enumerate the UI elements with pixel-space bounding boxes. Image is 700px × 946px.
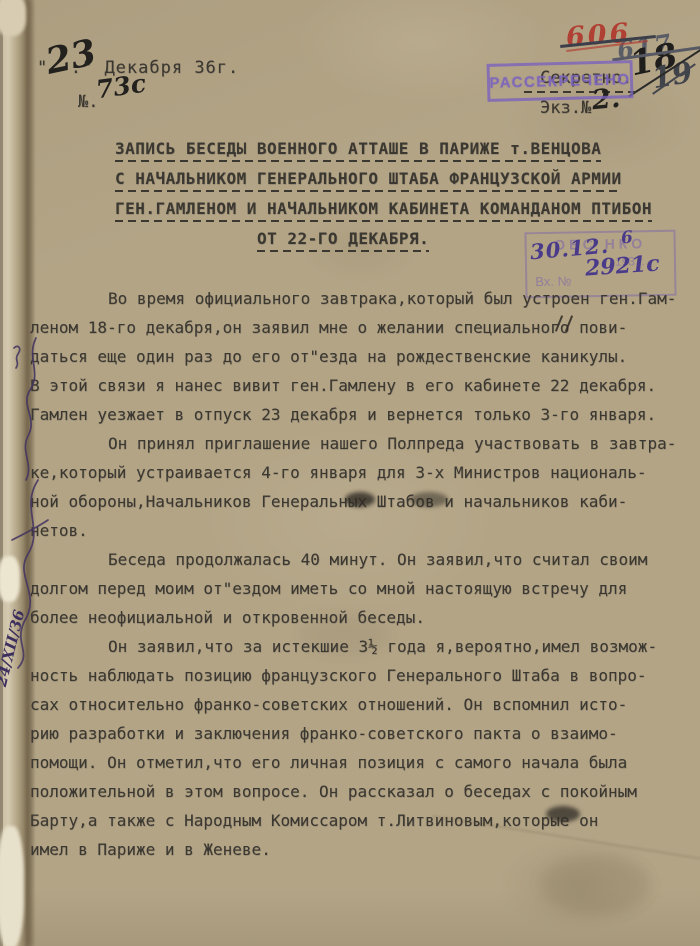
- paper-tear-patch: [0, 0, 26, 36]
- handwritten-incoming-year: 6: [620, 228, 634, 249]
- body-line: помощи. Он отметил,что его личная позици…: [30, 748, 680, 777]
- body-line: долгом перед моим от"ездом иметь со мной…: [30, 574, 680, 603]
- title-line-4: ОТ 22-ГО ДЕКАБРЯ.: [257, 229, 429, 252]
- copy-label: Экз.№: [540, 98, 591, 118]
- body-line: леном 18-го декабря,он заявил мне о жела…: [30, 313, 680, 342]
- body-line: более неофициальной и откровенной беседы…: [30, 603, 680, 632]
- body-line: положительной в этом вопросе. Он рассказ…: [30, 777, 680, 806]
- ink-blot: [410, 492, 448, 507]
- handwritten-incoming-number: 2921с: [584, 250, 660, 281]
- body-line: Беседа продолжалась 40 минут. Он заявил,…: [30, 545, 680, 574]
- body-line: имел в Париже и в Женеве.: [30, 835, 680, 864]
- body-line: Он заявил,что за истекшие 3½ года я,веро…: [30, 632, 680, 661]
- body-line: ке,который устраивается 4-го января для …: [30, 458, 680, 487]
- body-line: ность наблюдать позицию французского Ген…: [30, 661, 680, 690]
- body-line: В этой связи я нанес вивит ген.Гамлену в…: [30, 371, 680, 400]
- body-line: Гамлен уезжает в отпуск 23 декабря и вер…: [30, 400, 680, 429]
- body-line: даться еще один раз до его от"езда на ро…: [30, 342, 680, 371]
- body-line: рию разработки и заключения франко-совет…: [30, 719, 680, 748]
- title-line-3: ГЕН.ГАМЛЕНОМ И НАЧАЛЬНИКОМ КАБИНЕТА КОМА…: [115, 199, 652, 222]
- paper-stain: [540, 855, 650, 915]
- body-line: Барту,а также с Народным Комиссаром т.Ли…: [30, 806, 680, 835]
- body-line: Он принял приглашение нашего Полпреда уч…: [30, 429, 680, 458]
- body-text: Во время официального завтрака,который б…: [30, 284, 680, 864]
- ink-blot: [345, 492, 375, 507]
- document-number-label: №.: [78, 92, 98, 112]
- declassified-stamp: РАССЕКРЕЧЕНО: [487, 60, 634, 102]
- title-line-1: ЗАПИСЬ БЕСЕДЫ ВОЕННОГО АТТАШЕ В ПАРИЖЕ т…: [115, 139, 601, 162]
- body-line: сах относительно франко-советских отноше…: [30, 690, 680, 719]
- ink-blot: [546, 806, 580, 822]
- body-line: нетов.: [30, 516, 680, 545]
- paper-tear-patch: [0, 826, 24, 946]
- body-line: Во время официального завтрака,который б…: [30, 284, 680, 313]
- handwritten-document-number: 73с: [94, 69, 148, 105]
- document-page: "23." Декабря 36г. 23 №. 73с 606 617 18 …: [0, 0, 700, 946]
- title-line-2: С НАЧАЛЬНИКОМ ГЕНЕРАЛЬНОГО ШТАБА ФРАНЦУЗ…: [115, 169, 622, 192]
